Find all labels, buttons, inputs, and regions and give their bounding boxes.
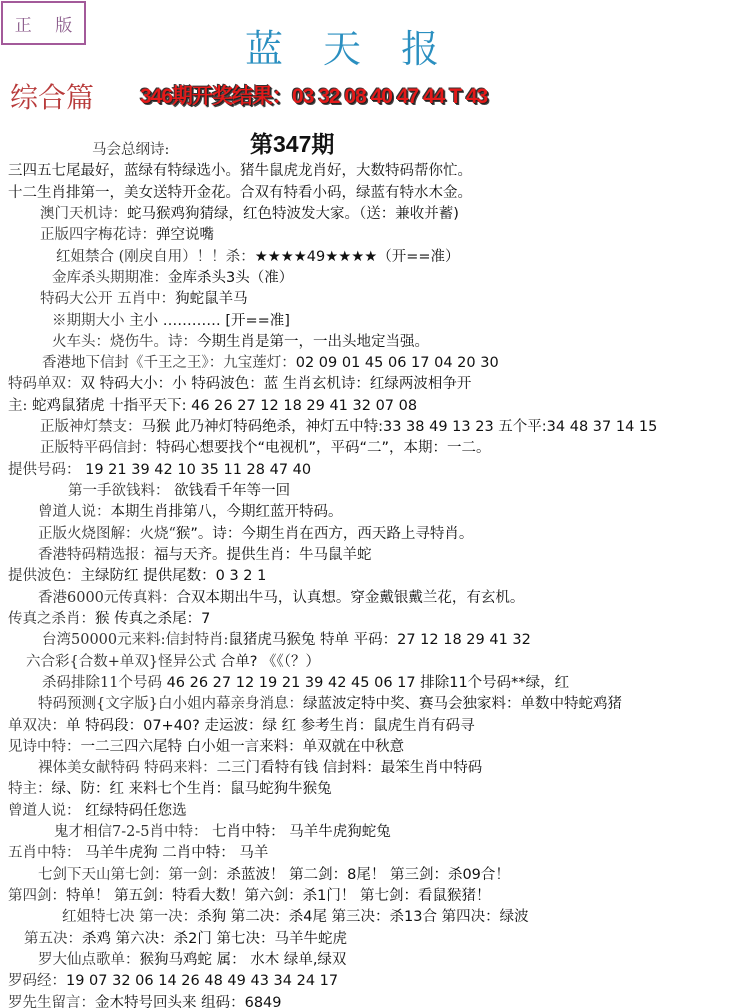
line-value: 绿、防：红 来料七个生肖：鼠马蛇狗牛猴兔 xyxy=(52,781,332,797)
content-line: 罗先生留言：金木特号回头来 组码：6849 xyxy=(8,994,282,1008)
line-value: 19 21 39 42 10 35 11 28 47 40 xyxy=(81,462,312,478)
content-line: 六合彩{合数+单双}怪异公式 合单? 《《（？） xyxy=(26,653,320,671)
content-line: 裸体美女献特码 特码来料：二三门看特有钱 信封料：最笨生肖中特码 xyxy=(38,759,482,777)
content-line: 正版特平码信封：特码心想要找个“电视机”，平码“二”，本期：一二。 xyxy=(40,439,491,457)
line-label: 杀码排除11个号码 xyxy=(42,675,167,691)
line-value: 马羊牛虎狗 二肖中特： 马羊 xyxy=(81,845,269,861)
content-line: 马会总纲诗: xyxy=(92,141,169,159)
line-value: 鼠猪虎马猴兔 特单 平码：27 12 18 29 41 32 xyxy=(228,632,530,648)
line-label: 正版火烧图解：火烧“ xyxy=(38,526,176,542)
line-value: 主小 ………… [开==准] xyxy=(129,313,290,329)
line-label: 第四剑： xyxy=(8,888,66,904)
line-label: 火车头：烧伤牛。诗： xyxy=(52,334,197,350)
content-line: 台湾50000元来料:信封特肖:鼠猪虎马猴兔 特单 平码：27 12 18 29… xyxy=(42,631,531,649)
line-label: 提供号码： xyxy=(8,462,81,478)
content-line: 七剑下天山第七剑：第一剑：杀蓝波！ 第二剑：8尾！ 第三剑：杀09合！ xyxy=(38,866,510,884)
line-value: 02 09 01 45 06 17 04 20 30 xyxy=(296,355,499,371)
content-line: 特码预测{文字版}白小姐内幕亲身消息：绿蓝波定特中奖、赛马会独家料：单数中特蛇鸡… xyxy=(38,695,622,713)
badge-char-2: 版 xyxy=(55,11,72,36)
line-value: 特码心想要找个“电视机”，平码“二”，本期：一二。 xyxy=(156,440,491,456)
line-label: 提供波色： xyxy=(8,568,81,584)
line-value: 蛇马猴鸡狗猜绿，红色特波发大家。（送：兼收并蓄) xyxy=(127,206,459,222)
line-label: 香港6000元传真料： xyxy=(38,590,176,606)
content-line: 香港特码精选报：福与天齐。提供生肖：牛马鼠羊蛇 xyxy=(38,546,372,564)
line-value: 杀蓝波！ 第二剑：8尾！ 第三剑：杀09合！ xyxy=(227,867,510,883)
issue-number: 第347期 xyxy=(250,126,334,159)
newspaper-title: 蓝天报 xyxy=(245,18,479,73)
line-label: 第一手欲钱料： xyxy=(68,483,170,499)
content-line: 香港6000元传真料：合双本期出牛马，认真想。穿金戴银戴兰花，有玄机。 xyxy=(38,589,524,607)
line-value: 单 特码段：07+40? 走运波：绿 红 参考生肖：鼠虎生肖有码寻 xyxy=(66,718,475,734)
content-line: 第一手欲钱料： 欲钱看千年等一回 xyxy=(68,482,290,500)
line-label: 罗先生留言： xyxy=(8,995,95,1008)
line-label: 第五决： xyxy=(24,931,82,947)
previous-draw-result: 346期开奖结果：03 32 08 40 47 44 T 43 xyxy=(140,80,487,110)
line-value: 七肖中特： 马羊牛虎狗蛇兔 xyxy=(207,824,390,840)
line-label: 单双决： xyxy=(8,718,66,734)
content-line: 罗大仙点歌单：猴狗马鸡蛇 属： 水木 绿单,绿双 xyxy=(38,951,346,969)
content-line: 提供号码： 19 21 39 42 10 35 11 28 47 40 xyxy=(8,461,311,479)
line-value: ★★★★49★★★★（开==准） xyxy=(255,249,460,265)
line-value: 本期生肖排第八，今期红蓝开特码。 xyxy=(111,504,343,520)
line-value: 猴 传真之杀尾：7 xyxy=(95,611,210,627)
content-line: 特码大公开 五肖中：狗蛇鼠羊马 xyxy=(40,290,248,308)
content-line: 第四剑：特单！ 第五剑：特看大数！第六剑：杀1门！ 第七剑：看鼠猴猪！ xyxy=(8,887,490,905)
line-value: 一二三四六尾特 白小姐一言来料：单双就在中秋意 xyxy=(81,739,405,755)
content-line: 红姐禁合 (刚戾自用）！！杀：★★★★49★★★★（开==准） xyxy=(56,248,460,266)
line-label: 罗码经： xyxy=(8,973,66,989)
line-value: 马猴 此乃神灯特码绝杀，神灯五中特:33 38 49 13 23 五个平:34 … xyxy=(142,419,658,435)
line-value: 绿蓝波定特中奖、赛马会独家料：单数中特蛇鸡猪 xyxy=(303,696,622,712)
line-value: 三四五七尾最好，蓝绿有特绿选小。猪牛鼠虎龙肖好，大数特码帮你忙。 xyxy=(8,163,472,179)
line-label: 六合彩{合数+单双}怪异公式 xyxy=(26,654,221,670)
line-value: 狗蛇鼠羊马 xyxy=(175,291,248,307)
line-value: 猴狗马鸡蛇 属： 水木 绿单,绿双 xyxy=(140,952,347,968)
line-value: 欲钱看千年等一回 xyxy=(170,483,291,499)
content-line: 杀码排除11个号码 46 26 27 12 19 21 39 42 45 06 … xyxy=(42,674,569,692)
line-value: 杀鸡 第六决：杀2门 第七决：马羊牛蛇虎 xyxy=(82,931,347,947)
line-value: 合单? 《《（？） xyxy=(221,654,320,670)
line-value: 46 26 27 12 19 21 39 42 45 06 17 排除11个号码… xyxy=(167,675,570,691)
content-line: 正版火烧图解：火烧“猴”。诗：今期生肖在西方，西天路上寻特肖。 xyxy=(38,525,473,543)
line-label: 罗大仙点歌单： xyxy=(38,952,140,968)
section-title: 综合篇 xyxy=(10,76,94,116)
content-line: 单双决：单 特码段：07+40? 走运波：绿 红 参考生肖：鼠虎生肖有码寻 xyxy=(8,717,475,735)
content-line: 鬼才相信7-2-5肖中特： 七肖中特： 马羊牛虎狗蛇兔 xyxy=(54,823,391,841)
authentic-badge: 正 版 xyxy=(1,1,86,45)
line-label: 正版四字梅花诗： xyxy=(40,227,156,243)
line-value: 杀狗 第二决：杀4尾 第三决：杀13合 第四决：绿波 xyxy=(197,909,529,925)
line-label: 金库杀头期期准： xyxy=(52,270,168,286)
line-label: 台湾50000元来料:信封特肖: xyxy=(42,632,228,648)
content-line: 曾道人说： 红绿特码任您选 xyxy=(8,802,187,820)
content-line: ※期期大小 主小 ………… [开==准] xyxy=(52,312,290,330)
line-label: 正版特平码信封： xyxy=(40,440,156,456)
line-label: 马会总纲诗: xyxy=(92,142,169,158)
content-line: 金库杀头期期准：金库杀头3头（准） xyxy=(52,269,293,287)
content-line: 正版神灯禁支：马猴 此乃神灯特码绝杀，神灯五中特:33 38 49 13 23 … xyxy=(40,418,657,436)
content-line: 五肖中特： 马羊牛虎狗 二肖中特： 马羊 xyxy=(8,844,268,862)
line-label: 红姐特七决 第一决： xyxy=(62,909,197,925)
line-label: 曾道人说： xyxy=(8,803,81,819)
content-line: 提供波色：主绿防红 提供尾数：0 3 2 1 xyxy=(8,567,266,585)
content-line: 十二生肖排第一，美女送特开金花。合双有特看小码，绿蓝有特水木金。 xyxy=(8,184,472,202)
line-label: 裸体美女献特码 特码来料： xyxy=(38,760,217,776)
line-value: 主绿防红 提供尾数：0 3 2 1 xyxy=(81,568,267,584)
content-line: 见诗中特：一二三四六尾特 白小姐一言来料：单双就在中秋意 xyxy=(8,738,404,756)
content-line: 红姐特七决 第一决：杀狗 第二决：杀4尾 第三决：杀13合 第四决：绿波 xyxy=(62,908,529,926)
content-line: 香港地下信封《千王之王》：九宝莲灯：02 09 01 45 06 17 04 2… xyxy=(42,354,499,372)
content-line: 特主：绿、防：红 来料七个生肖：鼠马蛇狗牛猴兔 xyxy=(8,780,332,798)
content-line: 三四五七尾最好，蓝绿有特绿选小。猪牛鼠虎龙肖好，大数特码帮你忙。 xyxy=(8,162,472,180)
line-value: 猴”。诗：今期生肖在西方，西天路上寻特肖。 xyxy=(176,526,474,542)
line-label: 香港地下信封《千王之王》：九宝莲灯： xyxy=(42,355,296,371)
content-line: 火车头：烧伤牛。诗：今期生肖是第一，一出头地定当强。 xyxy=(52,333,429,351)
badge-char-1: 正 xyxy=(15,11,32,36)
line-value: 二三门看特有钱 信封料：最笨生肖中特码 xyxy=(217,760,483,776)
line-label: 特主： xyxy=(8,781,52,797)
line-label: 传真之杀肖： xyxy=(8,611,95,627)
line-value: 金木特号回头来 组码：6849 xyxy=(95,995,282,1008)
line-value: 合双本期出牛马，认真想。穿金戴银戴兰花，有玄机。 xyxy=(176,590,524,606)
line-label: 鬼才相信7-2-5肖中特： xyxy=(54,824,207,840)
line-value: 金库杀头3头（准） xyxy=(168,270,293,286)
line-value: 红绿特码任您选 xyxy=(81,803,187,819)
line-label: 正版神灯禁支： xyxy=(40,419,142,435)
content-line: 特码单双：双 特码大小：小 特码波色：蓝 生肖玄机诗：红绿两波相争开 xyxy=(8,375,471,393)
line-label: 红姐禁合 (刚戾自用）！！杀： xyxy=(56,249,255,265)
content-line: 澳门天机诗：蛇马猴鸡狗猜绿，红色特波发大家。（送：兼收并蓄) xyxy=(40,205,459,223)
line-label: 澳门天机诗： xyxy=(40,206,127,222)
line-label: 七剑下天山第七剑：第一剑： xyxy=(38,867,227,883)
content-line: 正版四字梅花诗：弹空说嘴 xyxy=(40,226,214,244)
line-value: 蛇鸡鼠猪虎 十指平天下: 46 26 27 12 18 29 41 32 07 … xyxy=(32,398,417,414)
line-label: 特码预测{文字版}白小姐内幕亲身消息： xyxy=(38,696,303,712)
line-label: 曾道人说： xyxy=(38,504,111,520)
line-label: 特码大公开 五肖中： xyxy=(40,291,175,307)
line-value: 19 07 32 06 14 26 48 49 43 34 24 17 xyxy=(66,973,338,989)
line-label: 五肖中特： xyxy=(8,845,81,861)
content-line: 主: 蛇鸡鼠猪虎 十指平天下: 46 26 27 12 18 29 41 32 … xyxy=(8,397,417,415)
content-line: 第五决：杀鸡 第六决：杀2门 第七决：马羊牛蛇虎 xyxy=(24,930,347,948)
line-label: 主: xyxy=(8,398,32,414)
content-line: 罗码经：19 07 32 06 14 26 48 49 43 34 24 17 xyxy=(8,972,338,990)
content-line: 曾道人说：本期生肖排第八，今期红蓝开特码。 xyxy=(38,503,343,521)
line-value: 特单！ 第五剑：特看大数！第六剑：杀1门！ 第七剑：看鼠猴猪！ xyxy=(66,888,490,904)
line-value: 弹空说嘴 xyxy=(156,227,214,243)
line-value: 今期生肖是第一，一出头地定当强。 xyxy=(197,334,429,350)
line-value: 双 特码大小：小 特码波色：蓝 生肖玄机诗：红绿两波相争开 xyxy=(81,376,472,392)
line-label: 特码单双： xyxy=(8,376,81,392)
line-value: 福与天齐。提供生肖：牛马鼠羊蛇 xyxy=(154,547,372,563)
line-label: 见诗中特： xyxy=(8,739,81,755)
content-line: 传真之杀肖：猴 传真之杀尾：7 xyxy=(8,610,210,628)
line-label: 香港特码精选报： xyxy=(38,547,154,563)
line-value: 十二生肖排第一，美女送特开金花。合双有特看小码，绿蓝有特水木金。 xyxy=(8,185,472,201)
line-label: ※期期大小 xyxy=(52,313,129,329)
